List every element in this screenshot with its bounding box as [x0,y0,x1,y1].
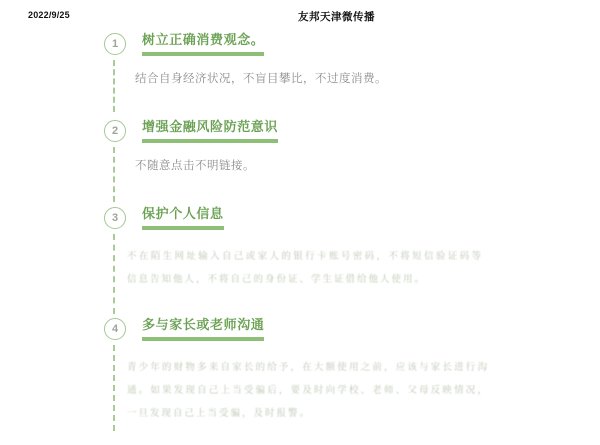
document-page: 2022/9/25 友邦天津微传播 1 树立正确消费观念。 结合自身经济状况，不… [0,0,600,445]
step-number: 1 [112,38,118,50]
step-number-badge: 1 [104,33,126,55]
title-underline [142,337,264,341]
section-title: 保护个人信息 [142,206,224,222]
section-body: 结合自身经济状况，不盲目攀比，不过度消费。 [135,70,387,86]
step-number: 3 [112,212,118,224]
title-block: 保护个人信息 [142,206,224,230]
section-body: 青少年的财物多来自家长的给予，在大额使用之前，应该与家长进行沟通。如果发现自己上… [127,356,489,425]
title-block: 增强金融风险防范意识 [142,119,278,143]
title-block: 树立正确消费观念。 [142,32,264,56]
step-number-badge: 3 [104,207,126,229]
section-header: 2 增强金融风险防范意识 [104,119,544,143]
title-underline [142,139,278,143]
title-block: 多与家长或老师沟通 [142,317,264,341]
step-number-badge: 2 [104,120,126,142]
section-protect-info: 3 保护个人信息 不在陌生网址输入自己或家人的银行卡账号密码，不将短信验证码等信… [104,206,544,230]
section-body: 不随意点击不明链接。 [135,157,255,173]
section-title: 树立正确消费观念。 [142,32,264,48]
step-number: 2 [112,125,118,137]
section-header: 1 树立正确消费观念。 [104,32,544,56]
header-title: 友邦天津微传播 [298,9,375,24]
section-title: 多与家长或老师沟通 [142,317,264,333]
section-consume-concept: 1 树立正确消费观念。 结合自身经济状况，不盲目攀比，不过度消费。 [104,32,544,56]
section-header: 4 多与家长或老师沟通 [104,317,544,341]
dashed-connector-line [113,234,115,314]
dashed-connector-line [113,147,115,202]
step-number: 4 [112,323,118,335]
dashed-connector-line [113,60,115,112]
dashed-connector-line [113,345,115,431]
section-risk-awareness: 2 增强金融风险防范意识 不随意点击不明链接。 [104,119,544,143]
title-underline [142,52,264,56]
step-number-badge: 4 [104,318,126,340]
section-body: 不在陌生网址输入自己或家人的银行卡账号密码，不将短信验证码等信息告知他人，不将自… [127,245,483,291]
header-date: 2022/9/25 [28,10,70,20]
section-communicate: 4 多与家长或老师沟通 青少年的财物多来自家长的给予，在大额使用之前，应该与家长… [104,317,544,341]
title-underline [142,226,224,230]
section-header: 3 保护个人信息 [104,206,544,230]
section-title: 增强金融风险防范意识 [142,119,278,135]
